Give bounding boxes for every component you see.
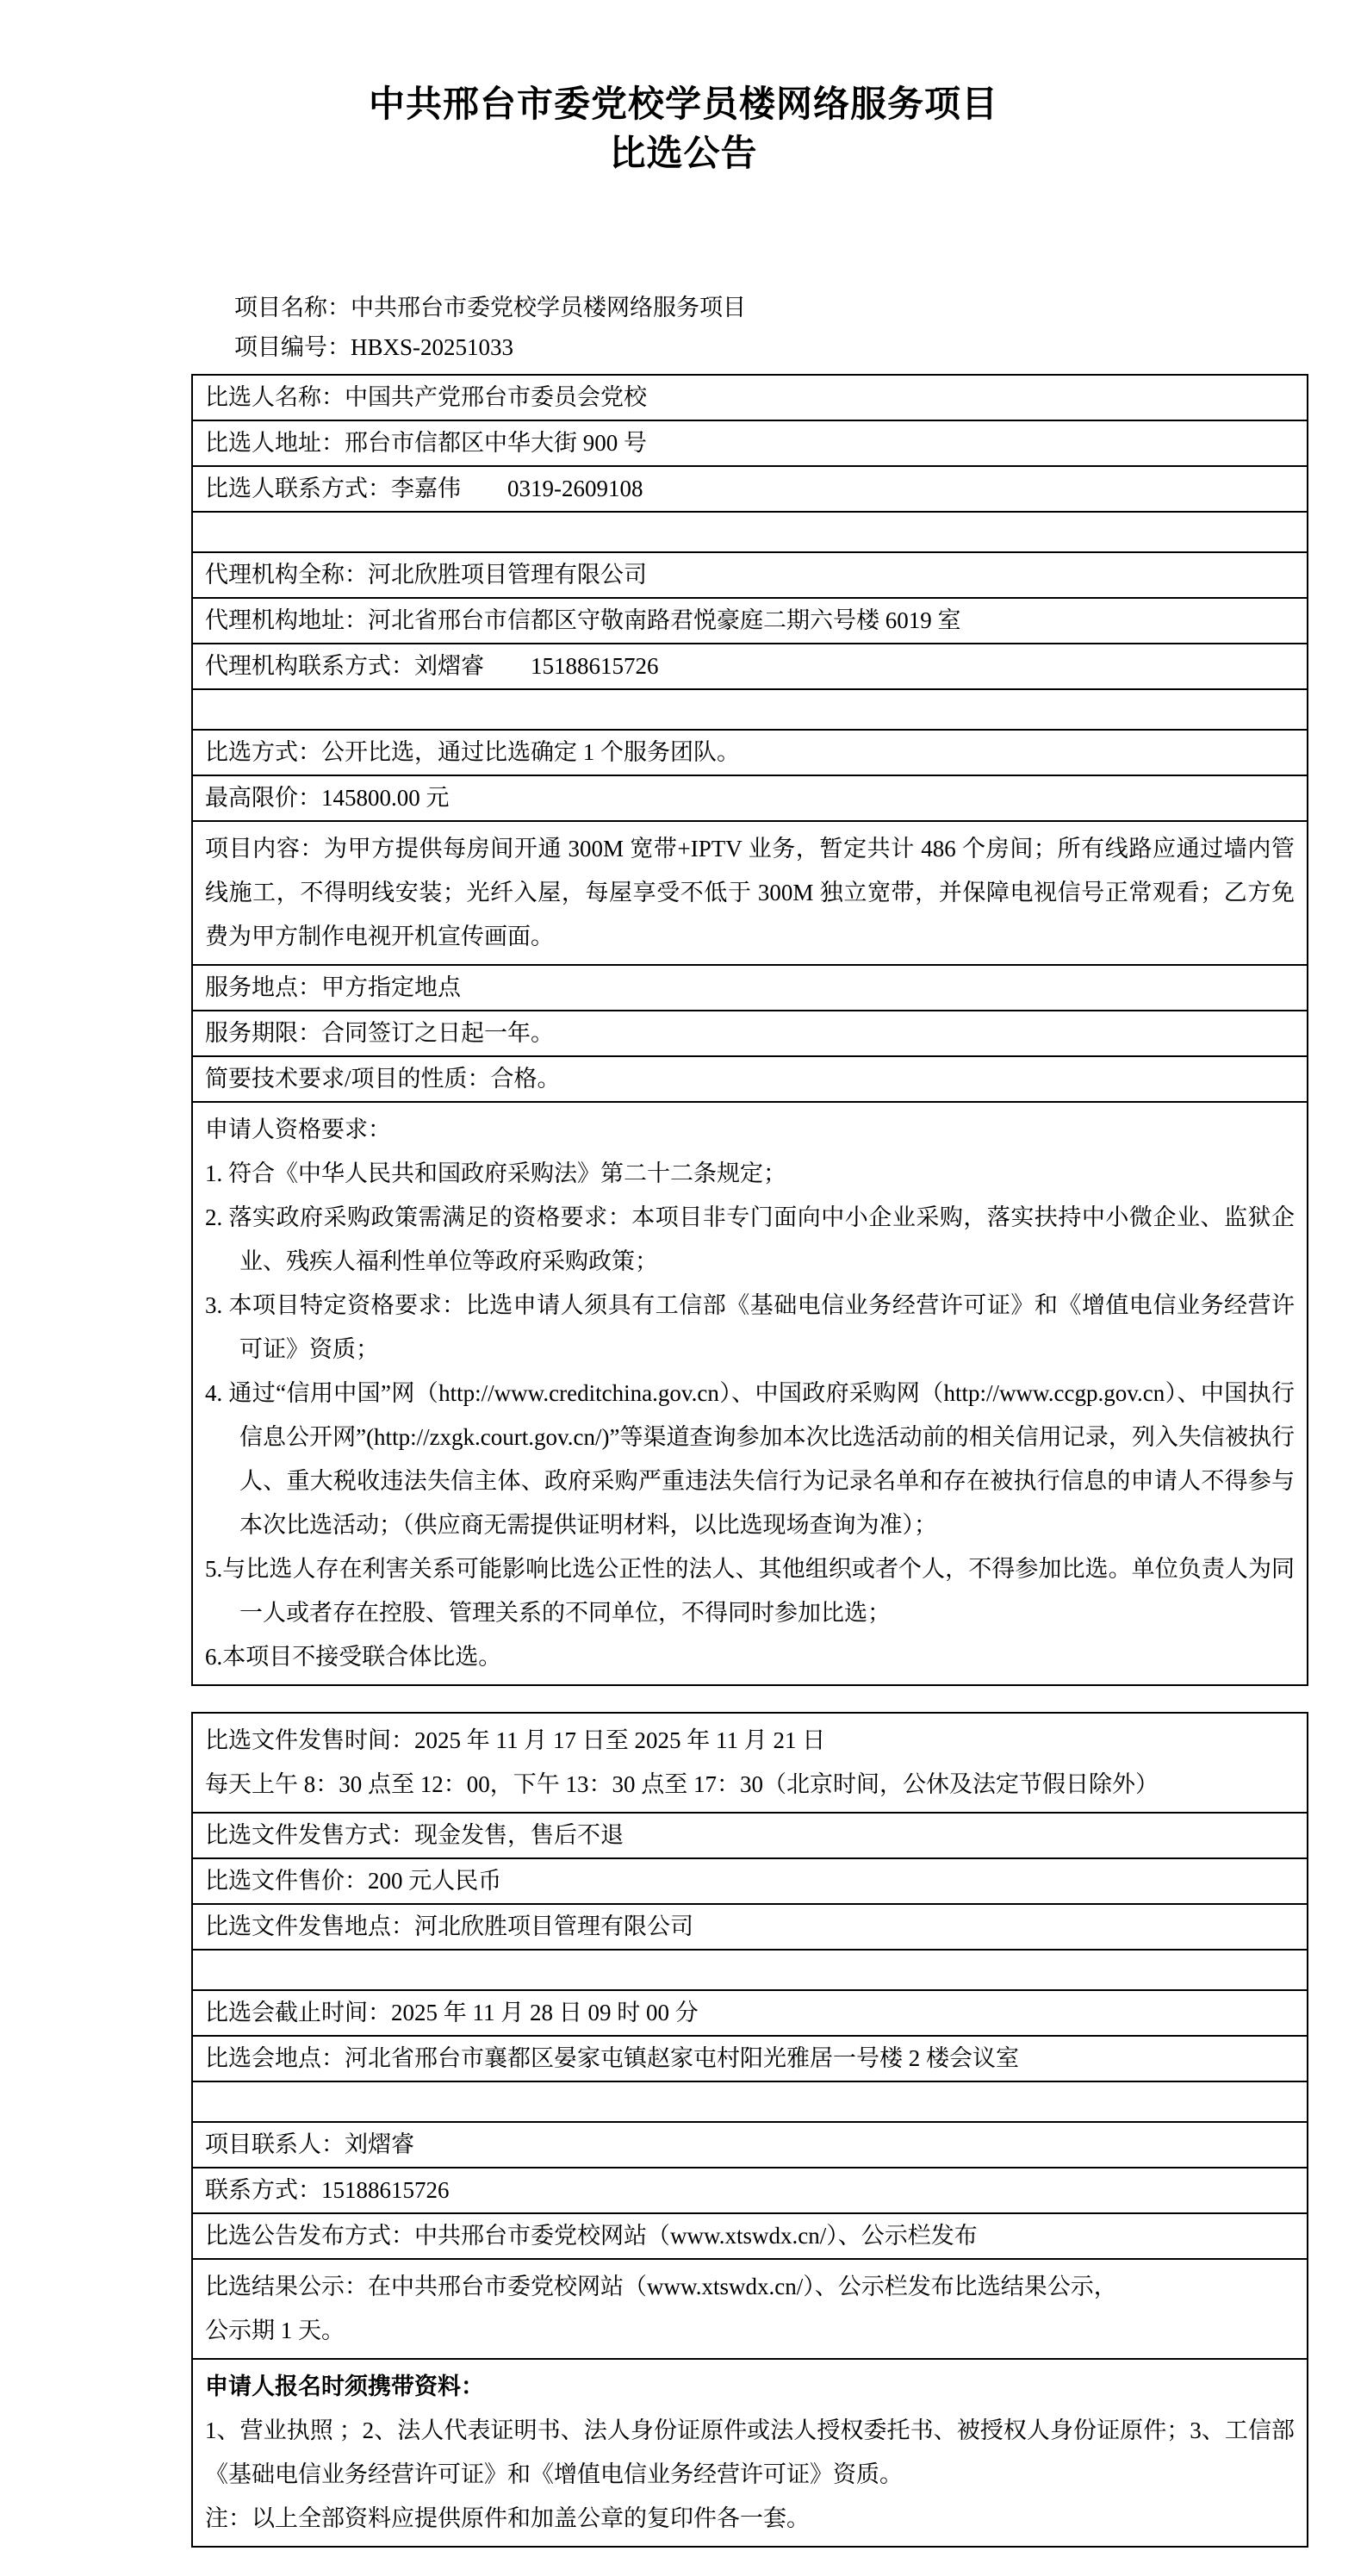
- bidder-name-row: 比选人名称：中国共产党邢台市委员会党校: [192, 375, 1308, 420]
- bidder-name: 比选人名称：中国共产党邢台市委员会党校: [205, 376, 1295, 420]
- spacer-row: [192, 512, 1308, 552]
- contact-person-row: 项目联系人：刘熠睿: [192, 2122, 1308, 2168]
- doc-sale-location-row: 比选文件发售地点：河北欣胜项目管理有限公司: [192, 1904, 1308, 1950]
- materials-items: 1、营业执照 ；2、法人代表证明书、法人身份证原件或法人授权委托书、被授权人身份…: [205, 2409, 1295, 2497]
- meeting-location-row: 比选会地点：河北省邢台市襄都区晏家屯镇赵家屯村阳光雅居一号楼 2 楼会议室: [192, 2036, 1308, 2081]
- contact-person-row-cell: 项目联系人：刘熠睿: [192, 2122, 1308, 2168]
- doc-price-row-cell: 比选文件售价：200 元人民币: [192, 1858, 1308, 1904]
- result-publicity-row-cell: 比选结果公示：在中共邢台市委党校网站（www.xtswdx.cn/）、公示栏发布…: [192, 2259, 1308, 2359]
- document-page: 中共邢台市委党校学员楼网络服务项目 比选公告 项目名称：中共邢台市委党校学员楼网…: [0, 0, 1367, 2576]
- bidder-address-row: 比选人地址：邢台市信都区中华大街 900 号: [192, 420, 1308, 466]
- spacer-cell: [192, 1950, 1308, 1990]
- tech-requirement: 简要技术要求/项目的性质：合格。: [205, 1057, 1295, 1101]
- bidder-contact-row-cell: 比选人联系方式：李嘉伟 0319-2609108: [192, 466, 1308, 512]
- deadline-row-cell: 比选会截止时间：2025 年 11 月 28 日 09 时 00 分: [192, 1990, 1308, 2036]
- qualification-item-6: 6.本项目不接受联合体比选。: [205, 1635, 1295, 1679]
- tech-requirement-row-cell: 简要技术要求/项目的性质：合格。: [192, 1056, 1308, 1102]
- spacer-row: [192, 2081, 1308, 2122]
- price-cap-row-cell: 最高限价：145800.00 元: [192, 775, 1308, 821]
- materials-row-cell: 申请人报名时须携带资料：1、营业执照 ；2、法人代表证明书、法人身份证原件或法人…: [192, 2359, 1308, 2547]
- deadline: 比选会截止时间：2025 年 11 月 28 日 09 时 00 分: [205, 1991, 1295, 2035]
- qualification-row: 申请人资格要求：1. 符合《中华人民共和国政府采购法》第二十二条规定；2. 落实…: [192, 1102, 1308, 1685]
- doc-sale-location: 比选文件发售地点：河北欣胜项目管理有限公司: [205, 1905, 1295, 1949]
- price-cap: 最高限价：145800.00 元: [205, 776, 1295, 820]
- doc-price-row: 比选文件售价：200 元人民币: [192, 1858, 1308, 1904]
- contact-phone-row-cell: 联系方式：15188615726: [192, 2168, 1308, 2213]
- announce-method: 比选公告发布方式：中共邢台市委党校网站（www.xtswdx.cn/）、公示栏发…: [205, 2214, 1295, 2258]
- doc-sale-method: 比选文件发售方式：现金发售，售后不退: [205, 1814, 1295, 1857]
- doc-sale-time-line1: 比选文件发售时间：2025 年 11 月 17 日至 2025 年 11 月 2…: [205, 1719, 1295, 1763]
- deadline-row: 比选会截止时间：2025 年 11 月 28 日 09 时 00 分: [192, 1990, 1308, 2036]
- doc-sale-time-line2: 每天上午 8：30 点至 12：00，下午 13：30 点至 17：30（北京时…: [205, 1763, 1295, 1807]
- agency-name: 代理机构全称：河北欣胜项目管理有限公司: [205, 553, 1295, 597]
- qualification-item-3: 3. 本项目特定资格要求：比选申请人须具有工信部《基础电信业务经营许可证》和《增…: [205, 1284, 1295, 1372]
- announce-method-row-cell: 比选公告发布方式：中共邢台市委党校网站（www.xtswdx.cn/）、公示栏发…: [192, 2213, 1308, 2259]
- materials-note: 注：以上全部资料应提供原件和加盖公章的复印件各一套。: [205, 2497, 1295, 2541]
- result-publicity-line1: 比选结果公示：在中共邢台市委党校网站（www.xtswdx.cn/）、公示栏发布…: [205, 2265, 1295, 2309]
- agency-address: 代理机构地址：河北省邢台市信都区守敬南路君悦豪庭二期六号楼 6019 室: [205, 599, 1295, 643]
- agency-contact: 代理机构联系方式：刘熠睿 15188615726: [205, 644, 1295, 688]
- agency-name-row-cell: 代理机构全称：河北欣胜项目管理有限公司: [192, 552, 1308, 598]
- service-location-row: 服务地点：甲方指定地点: [192, 965, 1308, 1011]
- bidder-address-row-cell: 比选人地址：邢台市信都区中华大街 900 号: [192, 420, 1308, 466]
- document-title-line1: 中共邢台市委党校学员楼网络服务项目: [0, 79, 1367, 128]
- method-row-cell: 比选方式：公开比选，通过比选确定 1 个服务团队。: [192, 730, 1308, 775]
- materials-title: 申请人报名时须携带资料：: [205, 2365, 1295, 2409]
- tech-requirement-row: 简要技术要求/项目的性质：合格。: [192, 1056, 1308, 1102]
- qualification-row-cell: 申请人资格要求：1. 符合《中华人民共和国政府采购法》第二十二条规定；2. 落实…: [192, 1102, 1308, 1685]
- doc-sale-location-row-cell: 比选文件发售地点：河北欣胜项目管理有限公司: [192, 1904, 1308, 1950]
- agency-contact-row: 代理机构联系方式：刘熠睿 15188615726: [192, 644, 1308, 689]
- doc-price: 比选文件售价：200 元人民币: [205, 1859, 1295, 1903]
- doc-sale-method-row-cell: 比选文件发售方式：现金发售，售后不退: [192, 1813, 1308, 1858]
- doc-sale-method-row: 比选文件发售方式：现金发售，售后不退: [192, 1813, 1308, 1858]
- spacer-cell: [192, 2081, 1308, 2122]
- spacer-row: [192, 689, 1308, 730]
- service-location: 服务地点：甲方指定地点: [205, 966, 1295, 1010]
- bidder-address: 比选人地址：邢台市信都区中华大街 900 号: [205, 421, 1295, 465]
- spacer-cell: [192, 689, 1308, 730]
- project-content: 项目内容：为甲方提供每房间开通 300M 宽带+IPTV 业务，暂定共计 486…: [205, 827, 1295, 959]
- document-title-line2: 比选公告: [0, 128, 1367, 177]
- result-publicity-line2: 公示期 1 天。: [205, 2309, 1295, 2353]
- announce-method-row: 比选公告发布方式：中共邢台市委党校网站（www.xtswdx.cn/）、公示栏发…: [192, 2213, 1308, 2259]
- info-table-main: 比选人名称：中国共产党邢台市委员会党校比选人地址：邢台市信都区中华大街 900 …: [191, 374, 1308, 1686]
- contact-person: 项目联系人：刘熠睿: [205, 2123, 1295, 2167]
- table-gap: [0, 1686, 1367, 1712]
- bidder-name-row-cell: 比选人名称：中国共产党邢台市委员会党校: [192, 375, 1308, 420]
- qualification-item-4: 4. 通过“信用中国”网（http://www.creditchina.gov.…: [205, 1372, 1295, 1547]
- agency-address-row-cell: 代理机构地址：河北省邢台市信都区守敬南路君悦豪庭二期六号楼 6019 室: [192, 598, 1308, 644]
- result-publicity-row: 比选结果公示：在中共邢台市委党校网站（www.xtswdx.cn/）、公示栏发布…: [192, 2259, 1308, 2359]
- bidder-contact-row: 比选人联系方式：李嘉伟 0319-2609108: [192, 466, 1308, 512]
- project-meta: 项目名称：中共邢台市委党校学员楼网络服务项目 项目编号：HBXS-2025103…: [234, 288, 1367, 367]
- agency-name-row: 代理机构全称：河北欣胜项目管理有限公司: [192, 552, 1308, 598]
- contact-phone-row: 联系方式：15188615726: [192, 2168, 1308, 2213]
- qualification-item-1: 1. 符合《中华人民共和国政府采购法》第二十二条规定；: [205, 1152, 1295, 1196]
- qualification-item-2: 2. 落实政府采购政策需满足的资格要求：本项目非专门面向中小企业采购，落实扶持中…: [205, 1196, 1295, 1284]
- agency-address-row: 代理机构地址：河北省邢台市信都区守敬南路君悦豪庭二期六号楼 6019 室: [192, 598, 1308, 644]
- service-term: 服务期限：合同签订之日起一年。: [205, 1011, 1295, 1055]
- spacer-cell: [192, 512, 1308, 552]
- project-content-row-cell: 项目内容：为甲方提供每房间开通 300M 宽带+IPTV 业务，暂定共计 486…: [192, 821, 1308, 965]
- qualification-title: 申请人资格要求：: [205, 1108, 1295, 1152]
- service-term-row-cell: 服务期限：合同签订之日起一年。: [192, 1011, 1308, 1056]
- method-row: 比选方式：公开比选，通过比选确定 1 个服务团队。: [192, 730, 1308, 775]
- spacer-row: [192, 1950, 1308, 1990]
- qualification-item-5: 5.与比选人存在利害关系可能影响比选公正性的法人、其他组织或者个人，不得参加比选…: [205, 1547, 1295, 1635]
- service-term-row: 服务期限：合同签订之日起一年。: [192, 1011, 1308, 1056]
- meeting-location-row-cell: 比选会地点：河北省邢台市襄都区晏家屯镇赵家屯村阳光雅居一号楼 2 楼会议室: [192, 2036, 1308, 2081]
- project-code-line: 项目编号：HBXS-20251033: [234, 327, 1367, 367]
- selection-method: 比选方式：公开比选，通过比选确定 1 个服务团队。: [205, 731, 1295, 775]
- project-name-line: 项目名称：中共邢台市委党校学员楼网络服务项目: [234, 288, 1367, 327]
- project-content-row: 项目内容：为甲方提供每房间开通 300M 宽带+IPTV 业务，暂定共计 486…: [192, 821, 1308, 965]
- price-cap-row: 最高限价：145800.00 元: [192, 775, 1308, 821]
- document-title: 中共邢台市委党校学员楼网络服务项目 比选公告: [0, 0, 1367, 177]
- bidder-contact: 比选人联系方式：李嘉伟 0319-2609108: [205, 467, 1295, 511]
- service-location-row-cell: 服务地点：甲方指定地点: [192, 965, 1308, 1011]
- agency-contact-row-cell: 代理机构联系方式：刘熠睿 15188615726: [192, 644, 1308, 689]
- doc-sale-time-row-cell: 比选文件发售时间：2025 年 11 月 17 日至 2025 年 11 月 2…: [192, 1713, 1308, 1813]
- info-table-schedule: 比选文件发售时间：2025 年 11 月 17 日至 2025 年 11 月 2…: [191, 1712, 1308, 2548]
- contact-phone: 联系方式：15188615726: [205, 2168, 1295, 2212]
- meeting-location: 比选会地点：河北省邢台市襄都区晏家屯镇赵家屯村阳光雅居一号楼 2 楼会议室: [205, 2037, 1295, 2081]
- materials-row: 申请人报名时须携带资料：1、营业执照 ；2、法人代表证明书、法人身份证原件或法人…: [192, 2359, 1308, 2547]
- doc-sale-time-row: 比选文件发售时间：2025 年 11 月 17 日至 2025 年 11 月 2…: [192, 1713, 1308, 1813]
